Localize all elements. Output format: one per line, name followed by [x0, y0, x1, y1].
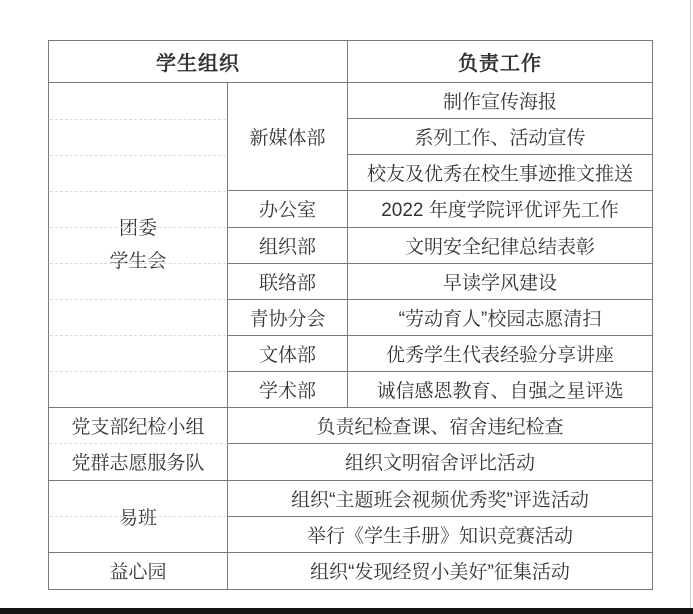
- work-cell: 负责纪检查课、宿舍违纪检查: [228, 408, 652, 444]
- work-cell: 早读学风建设: [348, 264, 652, 300]
- work-cell: 组织“主题班会视频优秀奖”评选活动: [228, 481, 652, 517]
- student-org-table: 学生组织 负责工作 团委 学生会 新媒体部 办公室 组织部 联络部 青协分会 文…: [48, 40, 653, 590]
- work-cell: 举行《学生手册》知识竞赛活动: [228, 517, 652, 553]
- work-cell: 2022 年度学院评优评先工作: [348, 191, 652, 227]
- page-canvas: 学生组织 负责工作 团委 学生会 新媒体部 办公室 组织部 联络部 青协分会 文…: [0, 0, 693, 614]
- faint-row-divider: [50, 191, 226, 192]
- work-cell: 组织文明宿舍评比活动: [228, 444, 652, 480]
- org-cell-party-branch-discipline-group: 党支部纪检小组: [49, 408, 228, 444]
- org-line-2: 学生会: [109, 245, 166, 278]
- faint-row-divider: [50, 119, 226, 120]
- dept-cell-liaison: 联络部: [228, 264, 348, 300]
- org-label: 易班: [119, 503, 157, 530]
- dept-cell-new-media: 新媒体部: [228, 83, 348, 191]
- work-cell: 诚信感恩教育、自强之星评选: [348, 372, 652, 408]
- work-cell: 文明安全纪律总结表彰: [348, 228, 652, 264]
- faint-row-divider: [50, 299, 226, 300]
- work-cell: 校友及优秀在校生事迹推文推送: [348, 155, 652, 191]
- header-cell-responsible-work: 负责工作: [348, 41, 652, 83]
- faint-row-divider: [50, 371, 226, 372]
- work-cell: 优秀学生代表经验分享讲座: [348, 336, 652, 372]
- org-cell-youth-league-student-union: 团委 学生会: [49, 83, 228, 408]
- faint-row-divider: [50, 335, 226, 336]
- faint-row-divider: [50, 155, 226, 156]
- dept-cell-organization: 组织部: [228, 228, 348, 264]
- org-cell-party-volunteer-service-team: 党群志愿服务队: [49, 444, 228, 480]
- dept-cell-office: 办公室: [228, 191, 348, 227]
- org-line-1: 团委: [119, 212, 157, 245]
- header-cell-student-org: 学生组织: [49, 41, 348, 83]
- page-bottom-rule: [0, 608, 693, 614]
- dept-cell-culture-sports: 文体部: [228, 336, 348, 372]
- work-cell: “劳动育人”校园志愿清扫: [348, 300, 652, 336]
- dept-cell-academic: 学术部: [228, 372, 348, 408]
- page-right-edge-line: [690, 0, 691, 608]
- org-cell-yixinyuan: 益心园: [49, 553, 228, 589]
- work-cell: 组织“发现经贸小美好”征集活动: [228, 553, 652, 589]
- org-cell-yiban: 易班: [49, 481, 228, 553]
- dept-cell-youth-volunteer-branch: 青协分会: [228, 300, 348, 336]
- work-cell: 制作宣传海报: [348, 83, 652, 119]
- work-cell: 系列工作、活动宣传: [348, 119, 652, 155]
